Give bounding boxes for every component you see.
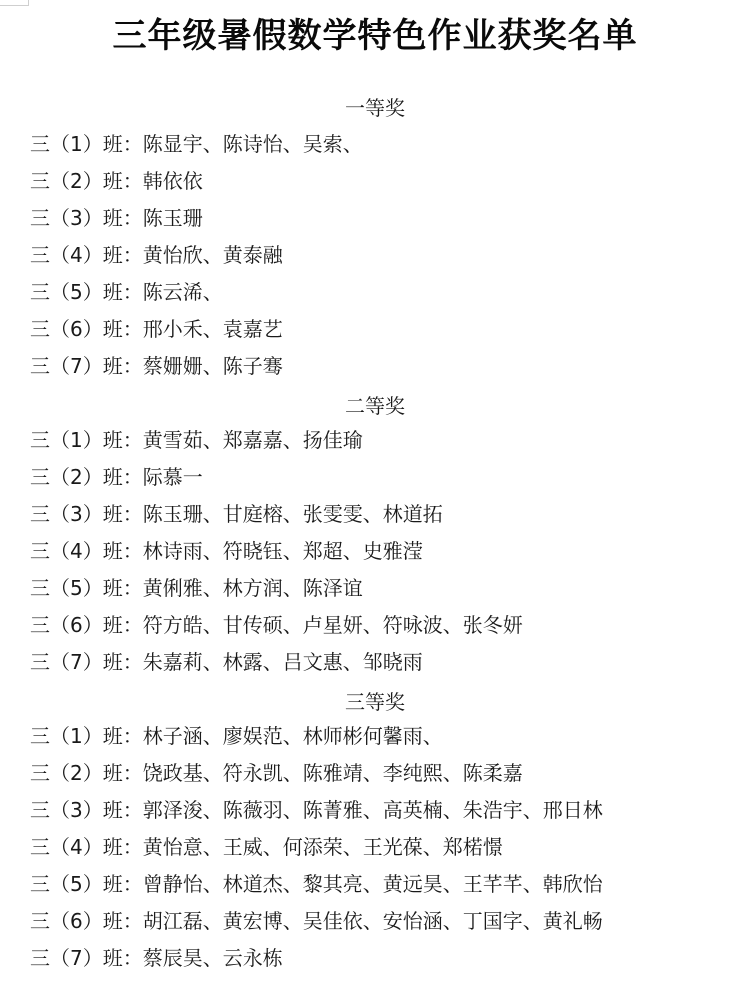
list-item: 三（3）班：陈玉珊 bbox=[30, 206, 203, 230]
list-item: 三（1）班：陈显宇、陈诗怡、吴索、 bbox=[30, 132, 363, 156]
class-label: 三（7）班： bbox=[30, 946, 143, 970]
class-label: 三（3）班： bbox=[30, 502, 143, 526]
class-label: 三（5）班： bbox=[30, 576, 143, 600]
class-label: 三（5）班： bbox=[30, 280, 143, 304]
class-label: 三（2）班： bbox=[30, 465, 143, 489]
list-item: 三（1）班：林子涵、廖娱范、林师彬何馨雨、 bbox=[30, 724, 443, 748]
class-label: 三（3）班： bbox=[30, 206, 143, 230]
class-label: 三（6）班： bbox=[30, 317, 143, 341]
names: 朱嘉莉、林露、吕文惠、邹晓雨 bbox=[143, 650, 423, 674]
class-label: 三（5）班： bbox=[30, 872, 143, 896]
names: 郭泽浚、陈薇羽、陈菁雅、高英楠、朱浩宇、邢日林 bbox=[143, 798, 603, 822]
section-heading-second-prize: 二等奖 bbox=[0, 390, 750, 419]
class-label: 三（6）班： bbox=[30, 909, 143, 933]
list-item: 三（6）班：邢小禾、袁嘉艺 bbox=[30, 317, 283, 341]
list-item: 三（7）班：蔡辰昊、云永栋 bbox=[30, 946, 283, 970]
class-label: 三（1）班： bbox=[30, 132, 143, 156]
class-label: 三（7）班： bbox=[30, 354, 143, 378]
list-item: 三（5）班：陈云浠、 bbox=[30, 280, 223, 304]
names: 陈玉珊、甘庭榕、张雯雯、林道拓 bbox=[143, 502, 443, 526]
class-label: 三（1）班： bbox=[30, 724, 143, 748]
names: 陈显宇、陈诗怡、吴索、 bbox=[143, 132, 363, 156]
names: 林子涵、廖娱范、林师彬何馨雨、 bbox=[143, 724, 443, 748]
names: 林诗雨、符晓钰、郑超、史雅滢 bbox=[143, 539, 423, 563]
list-item: 三（4）班：黄怡意、王威、何添荣、王光葆、郑楉憬 bbox=[30, 835, 503, 859]
list-item: 三（7）班：蔡姗姗、陈子骞 bbox=[30, 354, 283, 378]
names: 陈云浠、 bbox=[143, 280, 223, 304]
list-item: 三（6）班：符方皓、甘传硕、卢星妍、符咏波、张冬妍 bbox=[30, 613, 523, 637]
list-item: 三（1）班：黄雪茹、郑嘉嘉、扬佳瑜 bbox=[30, 428, 363, 452]
list-item: 三（4）班：黄怡欣、黄泰融 bbox=[30, 243, 283, 267]
names: 蔡辰昊、云永栋 bbox=[143, 946, 283, 970]
names: 蔡姗姗、陈子骞 bbox=[143, 354, 283, 378]
names: 黄怡欣、黄泰融 bbox=[143, 243, 283, 267]
names: 陈玉珊 bbox=[143, 206, 203, 230]
list-item: 三（3）班：陈玉珊、甘庭榕、张雯雯、林道拓 bbox=[30, 502, 443, 526]
list-item: 三（6）班：胡江磊、黄宏博、吴佳依、安怡涵、丁国字、黄礼畅 bbox=[30, 909, 603, 933]
class-label: 三（2）班： bbox=[30, 169, 143, 193]
list-item: 三（4）班：林诗雨、符晓钰、郑超、史雅滢 bbox=[30, 539, 423, 563]
names: 韩依依 bbox=[143, 169, 203, 193]
class-label: 三（2）班： bbox=[30, 761, 143, 785]
section-heading-third-prize: 三等奖 bbox=[0, 686, 750, 715]
page-corner-mark bbox=[0, 0, 29, 6]
class-label: 三（4）班： bbox=[30, 835, 143, 859]
list-item: 三（2）班：韩依依 bbox=[30, 169, 203, 193]
class-label: 三（1）班： bbox=[30, 428, 143, 452]
class-label: 三（4）班： bbox=[30, 539, 143, 563]
names: 黄雪茹、郑嘉嘉、扬佳瑜 bbox=[143, 428, 363, 452]
class-label: 三（7）班： bbox=[30, 650, 143, 674]
class-label: 三（6）班： bbox=[30, 613, 143, 637]
list-item: 三（2）班：际慕一 bbox=[30, 465, 203, 489]
document-title: 三年级暑假数学特色作业获奖名单 bbox=[0, 8, 750, 57]
names: 饶政基、符永凯、陈雅靖、李纯熙、陈柔嘉 bbox=[143, 761, 523, 785]
list-item: 三（3）班：郭泽浚、陈薇羽、陈菁雅、高英楠、朱浩宇、邢日林 bbox=[30, 798, 603, 822]
list-item: 三（7）班：朱嘉莉、林露、吕文惠、邹晓雨 bbox=[30, 650, 423, 674]
class-label: 三（3）班： bbox=[30, 798, 143, 822]
section-heading-first-prize: 一等奖 bbox=[0, 92, 750, 121]
names: 际慕一 bbox=[143, 465, 203, 489]
names: 黄俐雅、林方润、陈泽谊 bbox=[143, 576, 363, 600]
names: 胡江磊、黄宏博、吴佳依、安怡涵、丁国字、黄礼畅 bbox=[143, 909, 603, 933]
list-item: 三（5）班：黄俐雅、林方润、陈泽谊 bbox=[30, 576, 363, 600]
names: 符方皓、甘传硕、卢星妍、符咏波、张冬妍 bbox=[143, 613, 523, 637]
names: 邢小禾、袁嘉艺 bbox=[143, 317, 283, 341]
names: 曾静怡、林道杰、黎其亮、黄远昊、王芊芊、韩欣怡 bbox=[143, 872, 603, 896]
list-item: 三（5）班：曾静怡、林道杰、黎其亮、黄远昊、王芊芊、韩欣怡 bbox=[30, 872, 603, 896]
list-item: 三（2）班：饶政基、符永凯、陈雅靖、李纯熙、陈柔嘉 bbox=[30, 761, 523, 785]
names: 黄怡意、王威、何添荣、王光葆、郑楉憬 bbox=[143, 835, 503, 859]
class-label: 三（4）班： bbox=[30, 243, 143, 267]
